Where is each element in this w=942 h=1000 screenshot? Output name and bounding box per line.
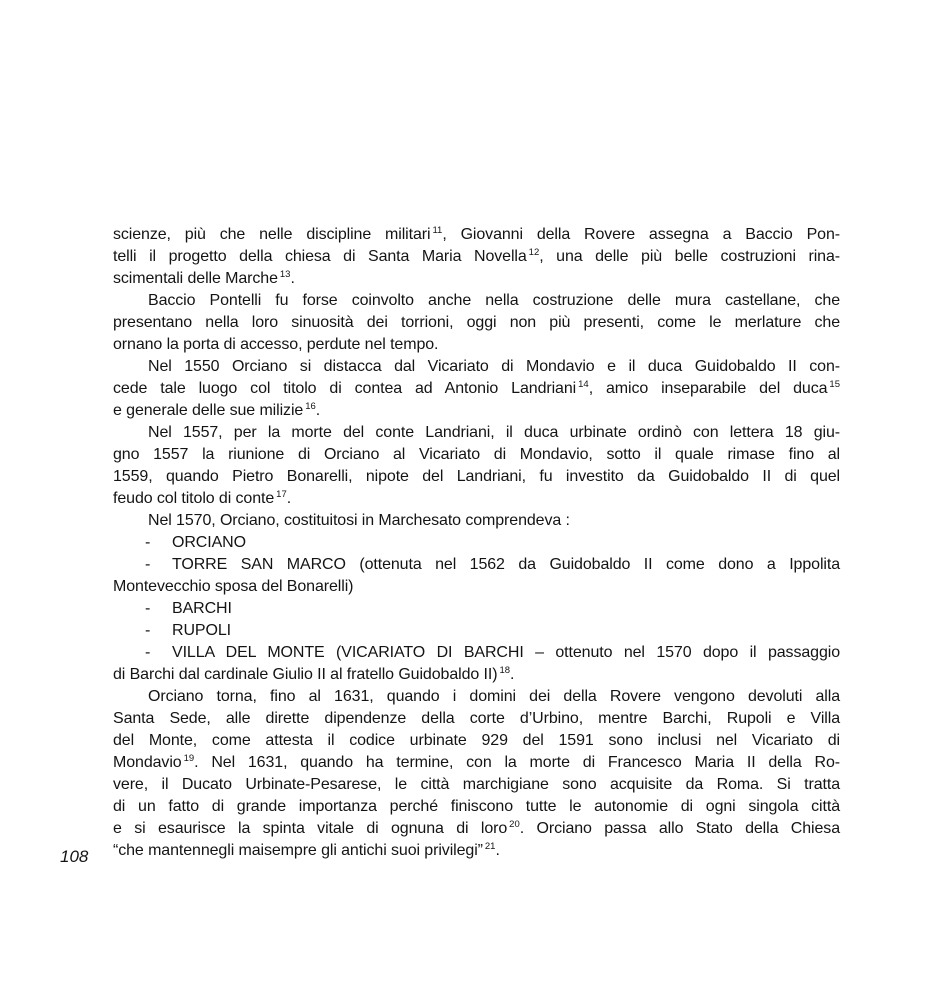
text-line: presentano nella loro sinuosità dei torr… (113, 312, 840, 334)
text-line: vere, il Ducato Urbinate-Pesarese, le ci… (113, 774, 840, 796)
text-line: Montevecchio sposa del Bonarelli) (113, 576, 840, 598)
footnote-ref: 12 (529, 247, 540, 258)
text-line: 1559, quando Pietro Bonarelli, nipote de… (113, 466, 840, 488)
list-dash: - (145, 554, 172, 576)
text-line: ornano la porta di accesso, perdute nel … (113, 334, 840, 356)
text-line: cede tale luogo col titolo di contea ad … (113, 378, 840, 400)
text-line: di un fatto di grande importanza perché … (113, 796, 840, 818)
text-line: e generale delle sue milizie16. (113, 400, 840, 422)
list-dash: - (145, 620, 172, 642)
text-line: del Monte, come attesta il codice urbina… (113, 730, 840, 752)
footnote-ref: 11 (432, 225, 442, 236)
text-line: Santa Sede, alle dirette dipendenze dell… (113, 708, 840, 730)
list-dash: - (145, 598, 172, 620)
text-line: Nel 1550 Orciano si distacca dal Vicaria… (113, 356, 840, 378)
text-line: -RUPOLI (113, 620, 840, 642)
text-line: scimentali delle Marche13. (113, 268, 840, 290)
list-dash: - (145, 532, 172, 554)
text-block: scienze, più che nelle discipline milita… (113, 224, 840, 862)
list-dash: - (145, 642, 172, 664)
page-number: 108 (60, 846, 88, 868)
footnote-ref: 15 (829, 379, 840, 390)
text-line: Mondavio19. Nel 1631, quando ha termine,… (113, 752, 840, 774)
footnote-ref: 16 (305, 401, 316, 412)
text-line: scienze, più che nelle discipline milita… (113, 224, 840, 246)
text-line: e si esaurisce la spinta vitale di ognun… (113, 818, 840, 840)
footnote-ref: 18 (499, 665, 510, 676)
text-line: di Barchi dal cardinale Giulio II al fra… (113, 664, 840, 686)
text-line: Nel 1570, Orciano, costituitosi in March… (113, 510, 840, 532)
text-line: feudo col titolo di conte17. (113, 488, 840, 510)
text-line: -VILLA DEL MONTE (VICARIATO DI BARCHI – … (113, 642, 840, 664)
footnote-ref: 19 (184, 753, 195, 764)
text-line: telli il progetto della chiesa di Santa … (113, 246, 840, 268)
footnote-ref: 14 (578, 379, 589, 390)
text-line: Baccio Pontelli fu forse coinvolto anche… (113, 290, 840, 312)
text-line: gno 1557 la riunione di Orciano al Vicar… (113, 444, 840, 466)
footnote-ref: 21 (485, 841, 496, 852)
text-line: -TORRE SAN MARCO (ottenuta nel 1562 da G… (113, 554, 840, 576)
footnote-ref: 13 (280, 269, 291, 280)
text-line: -BARCHI (113, 598, 840, 620)
footnote-ref: 20 (509, 819, 520, 830)
text-line: Orciano torna, fino al 1631, quando i do… (113, 686, 840, 708)
text-line: “che mantennegli maisempre gli antichi s… (113, 840, 840, 862)
book-page: 108 scienze, più che nelle discipline mi… (0, 0, 942, 1000)
text-line: -ORCIANO (113, 532, 840, 554)
text-line: Nel 1557, per la morte del conte Landria… (113, 422, 840, 444)
footnote-ref: 17 (276, 489, 287, 500)
